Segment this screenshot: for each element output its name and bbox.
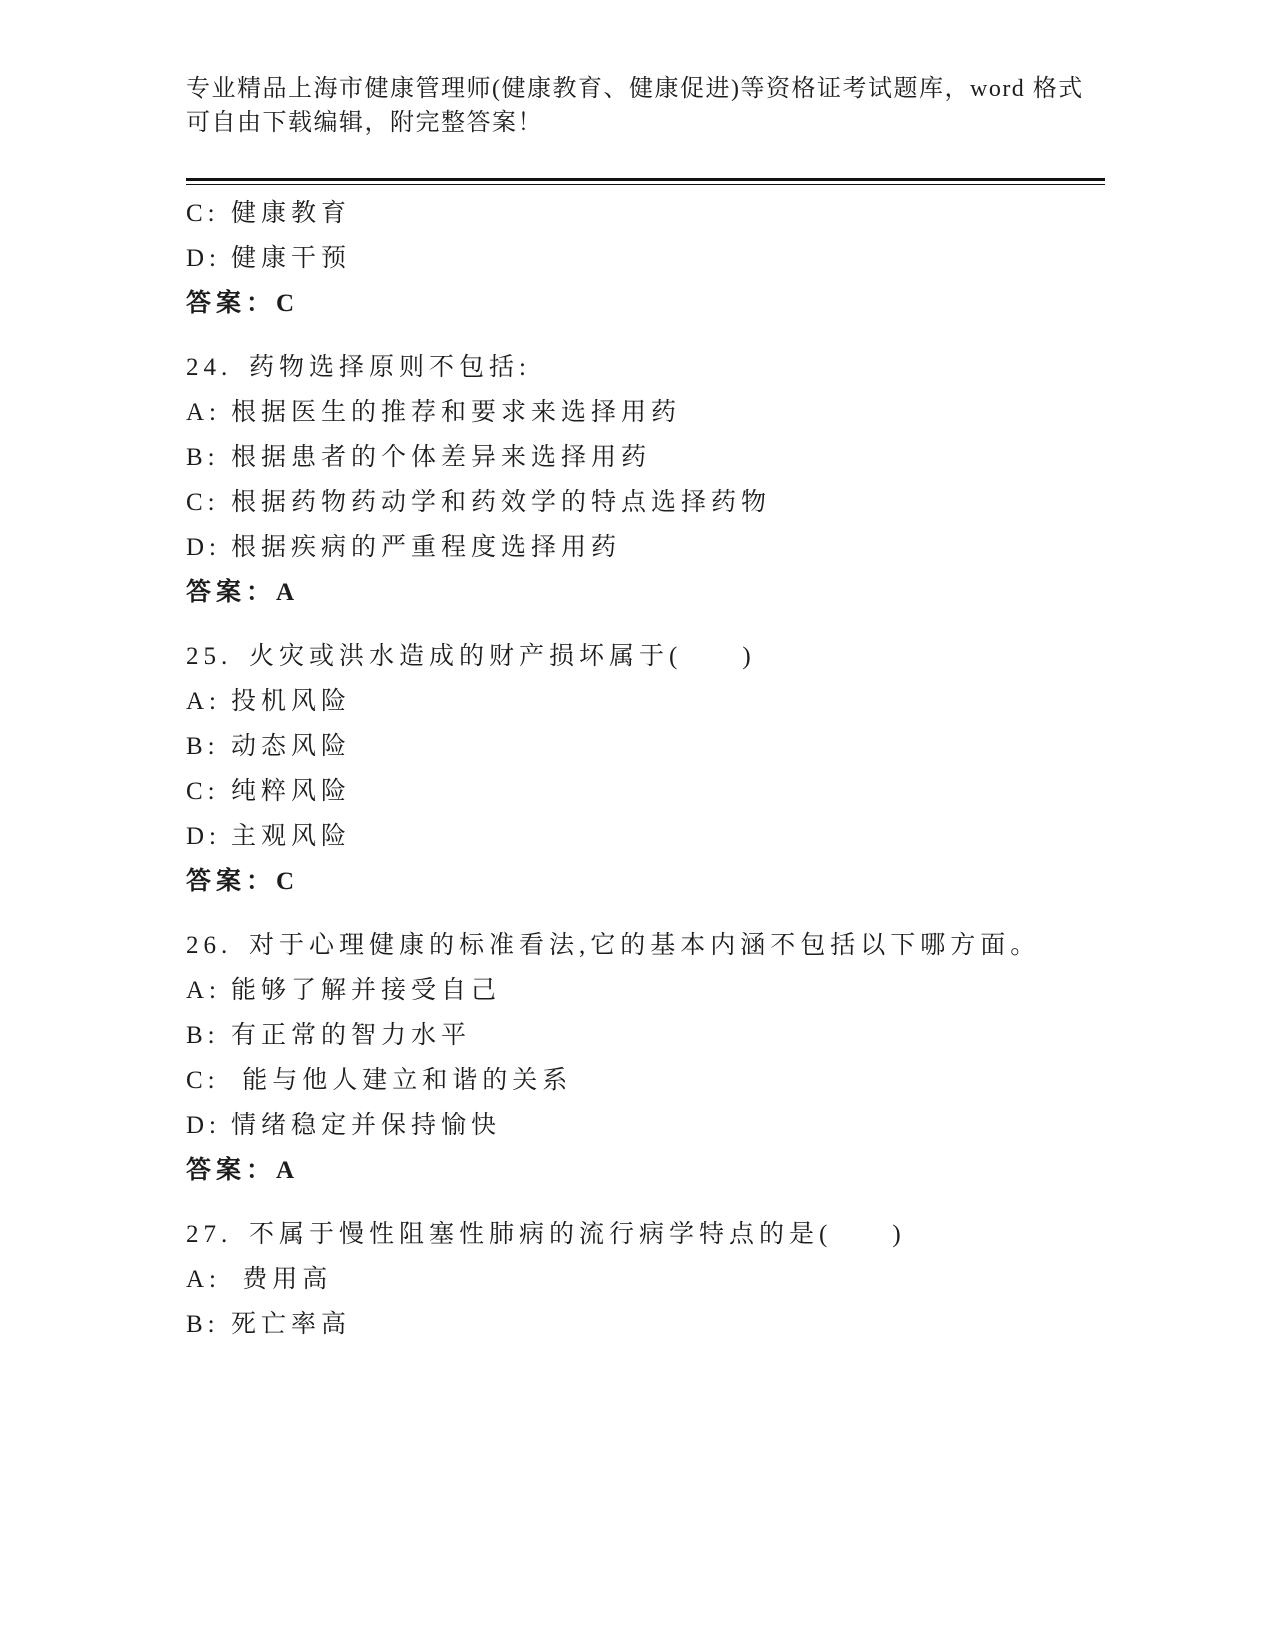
option-text: 健康干预 xyxy=(231,246,351,272)
question-number: 24. xyxy=(186,355,249,381)
option-label: A: xyxy=(186,1267,231,1293)
option-text: 健康教育 xyxy=(231,201,351,227)
option-label: D: xyxy=(186,1113,231,1139)
option-text: 根据药物药动学和药效学的特点选择药物 xyxy=(231,490,771,516)
option-row: D: 根据疾病的严重程度选择用药 xyxy=(186,535,1105,561)
option-label: A: xyxy=(186,400,231,426)
document-page: 专业精品上海市健康管理师(健康教育、健康促进)等资格证考试题库，word 格式 … xyxy=(0,0,1275,1650)
answer-label: 答案： xyxy=(186,1158,276,1184)
question-stem-row: 26. 对于心理健康的标准看法,它的基本内涵不包括以下哪方面。 xyxy=(186,933,1105,959)
option-label: D: xyxy=(186,824,231,850)
answer-value: C xyxy=(276,869,299,895)
option-row: B: 动态风险 xyxy=(186,734,1105,760)
document-body: C: 健康教育 D: 健康干预 答案： C 24. 药物选择原则不包括: A: … xyxy=(186,201,1105,1338)
option-row: C: 纯粹风险 xyxy=(186,779,1105,805)
option-text: 根据医生的推荐和要求来选择用药 xyxy=(231,400,681,426)
option-text: 死亡率高 xyxy=(231,1312,351,1338)
answer-row: 答案： A xyxy=(186,1158,1105,1184)
option-row: C: 能与他人建立和谐的关系 xyxy=(186,1068,1105,1094)
option-label: C: xyxy=(186,490,231,516)
option-row: A: 费用高 xyxy=(186,1267,1105,1293)
question-number: 26. xyxy=(186,933,249,959)
document-header: 专业精品上海市健康管理师(健康教育、健康促进)等资格证考试题库，word 格式 … xyxy=(186,72,1105,140)
option-text: 根据疾病的严重程度选择用药 xyxy=(231,535,621,561)
question-stem: 对于心理健康的标准看法,它的基本内涵不包括以下哪方面。 xyxy=(249,933,1040,959)
answer-row: 答案： C xyxy=(186,291,1105,317)
answer-label: 答案： xyxy=(186,291,276,317)
option-label: C: xyxy=(186,779,231,805)
option-text: 有正常的智力水平 xyxy=(231,1023,471,1049)
question-stem-row: 25. 火灾或洪水造成的财产损坏属于( ) xyxy=(186,644,1105,670)
answer-value: A xyxy=(276,580,299,606)
header-line-2: 可自由下载编辑，附完整答案！ xyxy=(186,106,1105,140)
option-label: C: xyxy=(186,201,231,227)
option-label: C: xyxy=(186,1068,231,1094)
option-row: D: 健康干预 xyxy=(186,246,1105,272)
option-row: D: 主观风险 xyxy=(186,824,1105,850)
question-stem-row: 27. 不属于慢性阻塞性肺病的流行病学特点的是( ) xyxy=(186,1222,1105,1248)
header-divider-rule xyxy=(186,178,1105,185)
question-block-24: 24. 药物选择原则不包括: A: 根据医生的推荐和要求来选择用药 B: 根据患… xyxy=(186,355,1105,606)
option-text: 情绪稳定并保持愉快 xyxy=(231,1113,501,1139)
option-row: A: 根据医生的推荐和要求来选择用药 xyxy=(186,400,1105,426)
option-label: B: xyxy=(186,445,231,471)
option-text: 主观风险 xyxy=(231,824,351,850)
option-label: A: xyxy=(186,689,231,715)
option-text: 能够了解并接受自己 xyxy=(231,978,501,1004)
option-row: D: 情绪稳定并保持愉快 xyxy=(186,1113,1105,1139)
option-label: B: xyxy=(186,1023,231,1049)
question-block-25: 25. 火灾或洪水造成的财产损坏属于( ) A: 投机风险 B: 动态风险 C:… xyxy=(186,644,1105,895)
option-row: A: 能够了解并接受自己 xyxy=(186,978,1105,1004)
option-label: D: xyxy=(186,246,231,272)
option-label: B: xyxy=(186,734,231,760)
option-row: A: 投机风险 xyxy=(186,689,1105,715)
option-label: B: xyxy=(186,1312,231,1338)
option-row: C: 根据药物药动学和药效学的特点选择药物 xyxy=(186,490,1105,516)
option-text: 根据患者的个体差异来选择用药 xyxy=(231,445,651,471)
question-number: 25. xyxy=(186,644,249,670)
header-line-1: 专业精品上海市健康管理师(健康教育、健康促进)等资格证考试题库，word 格式 xyxy=(186,72,1105,106)
question-block-26: 26. 对于心理健康的标准看法,它的基本内涵不包括以下哪方面。 A: 能够了解并… xyxy=(186,933,1105,1184)
option-text: 纯粹风险 xyxy=(231,779,351,805)
option-label: D: xyxy=(186,535,231,561)
option-row: B: 根据患者的个体差异来选择用药 xyxy=(186,445,1105,471)
option-text: 能与他人建立和谐的关系 xyxy=(231,1068,572,1094)
option-row: C: 健康教育 xyxy=(186,201,1105,227)
question-stem: 药物选择原则不包括: xyxy=(249,355,531,381)
answer-row: 答案： A xyxy=(186,580,1105,606)
option-row: B: 死亡率高 xyxy=(186,1312,1105,1338)
option-text: 费用高 xyxy=(231,1267,332,1293)
answer-row: 答案： C xyxy=(186,869,1105,895)
question-stem: 火灾或洪水造成的财产损坏属于( ) xyxy=(249,644,756,670)
question-block-continuation: C: 健康教育 D: 健康干预 答案： C xyxy=(186,201,1105,317)
option-text: 投机风险 xyxy=(231,689,351,715)
option-label: A: xyxy=(186,978,231,1004)
question-block-27: 27. 不属于慢性阻塞性肺病的流行病学特点的是( ) A: 费用高 B: 死亡率… xyxy=(186,1222,1105,1338)
option-text: 动态风险 xyxy=(231,734,351,760)
answer-value: A xyxy=(276,1158,299,1184)
question-stem-row: 24. 药物选择原则不包括: xyxy=(186,355,1105,381)
question-stem: 不属于慢性阻塞性肺病的流行病学特点的是( ) xyxy=(249,1222,906,1248)
option-row: B: 有正常的智力水平 xyxy=(186,1023,1105,1049)
question-number: 27. xyxy=(186,1222,249,1248)
answer-label: 答案： xyxy=(186,869,276,895)
answer-value: C xyxy=(276,291,299,317)
answer-label: 答案： xyxy=(186,580,276,606)
